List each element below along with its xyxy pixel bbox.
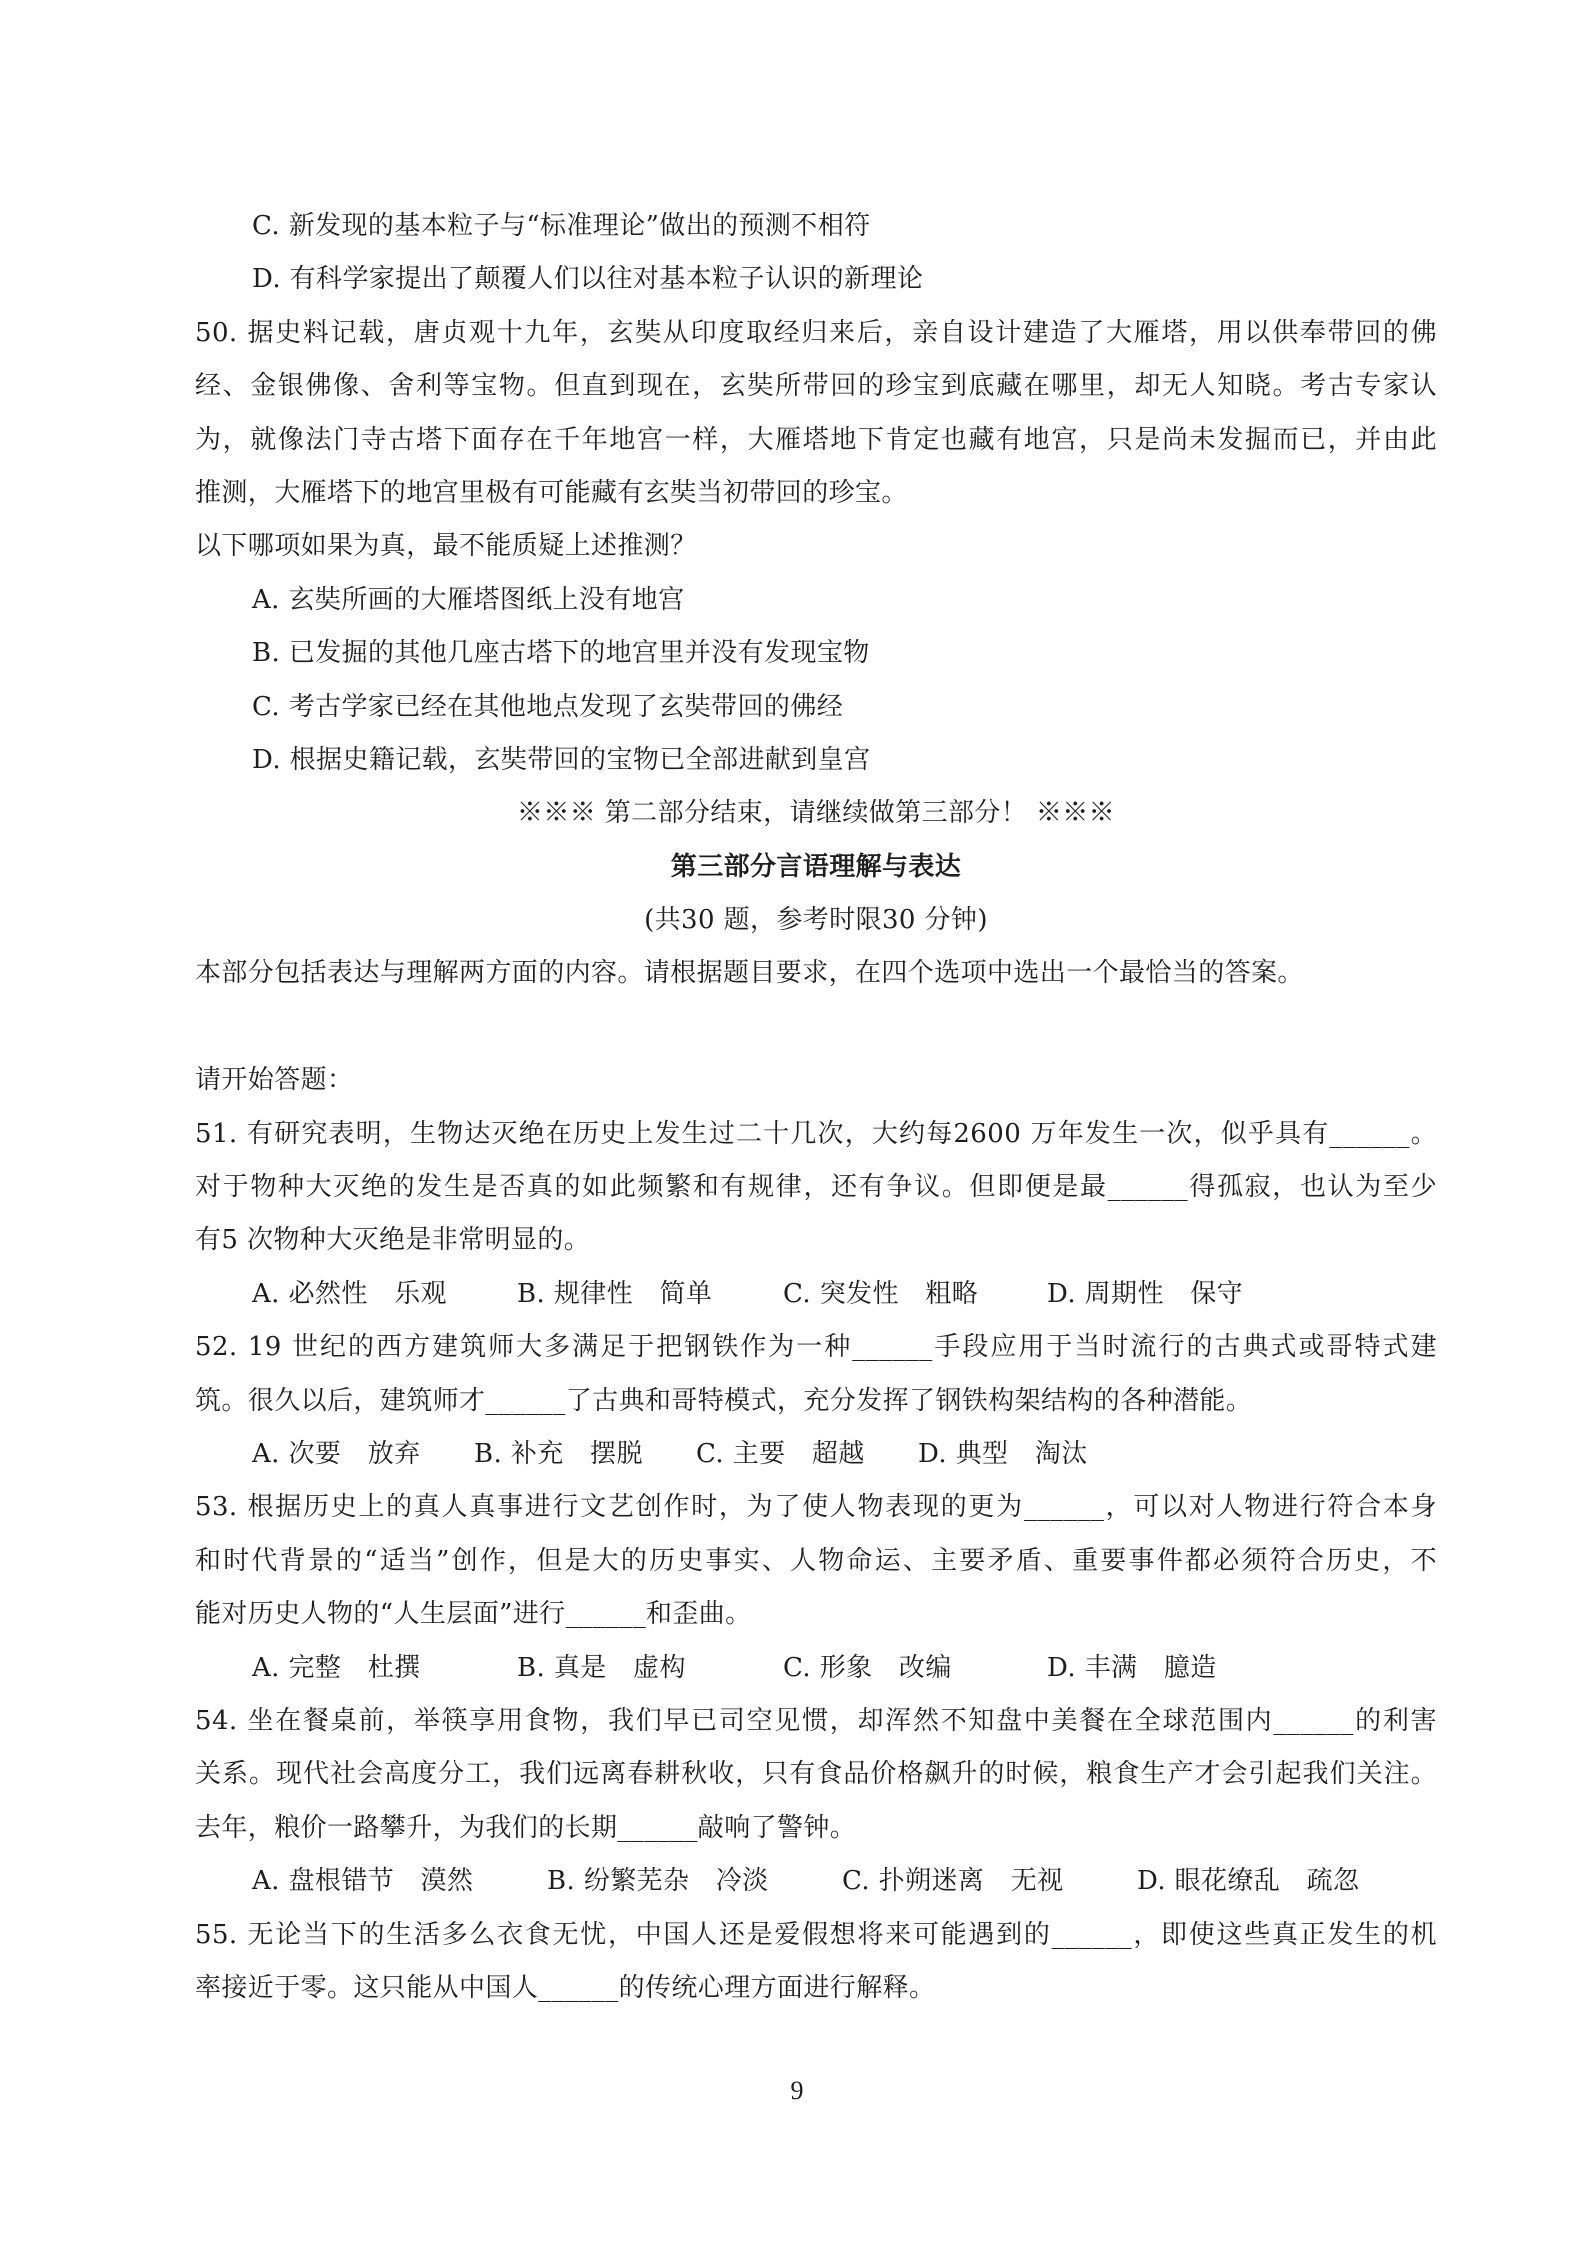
option-letter: B.: [252, 638, 280, 668]
option-letter: C.: [252, 211, 280, 241]
q54-options: A. 盘根错节 漠然B. 纷繁芜杂 冷淡C. 扑朔迷离 无视D. 眼花缭乱 疏忽: [195, 1855, 1437, 1908]
option-a: A. 必然性 乐观: [252, 1268, 517, 1321]
question-stem-line: 55. 无论当下的生活多么衣食无忧，中国人还是爱假想将来可能遇到的______，…: [195, 1909, 1437, 1962]
section-title: 第三部分言语理解与表达: [195, 841, 1437, 894]
question-55: 55. 无论当下的生活多么衣食无忧，中国人还是爱假想将来可能遇到的______，…: [195, 1909, 1437, 2016]
exam-page: C. 新发现的基本粒子与“标准理论”做出的预测不相符 D. 有科学家提出了颠覆人…: [195, 200, 1437, 2015]
question-stem-line: 对于物种大灭绝的发生是否真的如此频繁和有规律，还有争议。但即便是最______得…: [195, 1161, 1437, 1214]
q49-option-c: C. 新发现的基本粒子与“标准理论”做出的预测不相符: [195, 200, 1437, 253]
question-stem-line: 有5 次物种大灭绝是非常明显的。: [195, 1214, 1437, 1267]
option-text: 新发现的基本粒子与“标准理论”做出的预测不相符: [289, 211, 871, 241]
option-c: C. 形象 改编: [783, 1642, 1047, 1695]
question-stem-line: 能对历史人物的“人生层面”进行______和歪曲。: [195, 1588, 1437, 1641]
question-54: 54. 坐在餐桌前，举筷享用食物，我们早已司空见惯，却浑然不知盘中美餐在全球范围…: [195, 1695, 1437, 1909]
option-letter: A.: [252, 585, 280, 615]
spacer: [195, 1001, 1437, 1054]
q50-option-c: C. 考古学家已经在其他地点发现了玄奘带回的佛经: [195, 681, 1437, 734]
q49-options: C. 新发现的基本粒子与“标准理论”做出的预测不相符 D. 有科学家提出了颠覆人…: [195, 200, 1437, 307]
option-text: 根据史籍记载，玄奘带回的宝物已全部进献到皇宫: [290, 745, 871, 775]
option-c: C. 突发性 粗略: [783, 1268, 1047, 1321]
q50-option-d: D. 根据史籍记载，玄奘带回的宝物已全部进献到皇宫: [195, 734, 1437, 787]
question-prompt: 以下哪项如果为真，最不能质疑上述推测？: [195, 520, 1437, 573]
option-text: 已发掘的其他几座古塔下的地宫里并没有发现宝物: [289, 638, 870, 668]
question-stem-line: 50. 据史料记载，唐贞观十九年，玄奘从印度取经归来后，亲自设计建造了大雁塔，用…: [195, 307, 1437, 360]
option-d: D. 周期性 保守: [1047, 1268, 1243, 1321]
option-d: D. 丰满 臆造: [1047, 1642, 1217, 1695]
option-b: B. 纷繁芜杂 冷淡: [547, 1855, 842, 1908]
option-text: 有科学家提出了颠覆人们以往对基本粒子认识的新理论: [290, 264, 924, 294]
option-a: A. 盘根错节 漠然: [252, 1855, 547, 1908]
option-d: D. 典型 淘汰: [918, 1428, 1088, 1481]
option-letter: D.: [252, 745, 281, 775]
question-stem-line: 52. 19 世纪的西方建筑师大多满足于把钢铁作为一种______手段应用于当时…: [195, 1321, 1437, 1374]
question-stem-line: 推测，大雁塔下的地宫里极有可能藏有玄奘当初带回的珍宝。: [195, 467, 1437, 520]
question-stem-line: 为，就像法门寺古塔下面存在千年地宫一样，大雁塔地下肯定也藏有地宫，只是尚未发掘而…: [195, 414, 1437, 467]
q51-options: A. 必然性 乐观B. 规律性 简单C. 突发性 粗略D. 周期性 保守: [195, 1268, 1437, 1321]
question-51: 51. 有研究表明，生物达灭绝在历史上发生过二十几次，大约每2600 万年发生一…: [195, 1108, 1437, 1322]
question-stem-line: 51. 有研究表明，生物达灭绝在历史上发生过二十几次，大约每2600 万年发生一…: [195, 1108, 1437, 1161]
section-subtitle: (共30 题，参考时限30 分钟): [195, 894, 1437, 947]
question-stem-line: 和时代背景的“适当”创作，但是大的历史事实、人物命运、主要矛盾、重要事件都必须符…: [195, 1535, 1437, 1588]
option-d: D. 眼花缭乱 疏忽: [1137, 1855, 1359, 1908]
option-text: 玄奘所画的大雁塔图纸上没有地宫: [289, 585, 685, 615]
section-header: ※※※ 第二部分结束，请继续做第三部分！ ※※※ 第三部分言语理解与表达 (共3…: [195, 787, 1437, 1107]
q50-option-b: B. 已发掘的其他几座古塔下的地宫里并没有发现宝物: [195, 627, 1437, 680]
start-prompt: 请开始答题：: [195, 1054, 1437, 1107]
option-b: B. 规律性 简单: [517, 1268, 783, 1321]
option-letter: D.: [252, 264, 281, 294]
option-letter: C.: [252, 692, 280, 722]
q53-options: A. 完整 杜撰B. 真是 虚构C. 形象 改编D. 丰满 臆造: [195, 1642, 1437, 1695]
section-end-notice: ※※※ 第二部分结束，请继续做第三部分！ ※※※: [195, 787, 1437, 840]
question-stem-line: 去年，粮价一路攀升，为我们的长期______敲响了警钟。: [195, 1802, 1437, 1855]
question-stem-line: 54. 坐在餐桌前，举筷享用食物，我们早已司空见惯，却浑然不知盘中美餐在全球范围…: [195, 1695, 1437, 1748]
option-a: A. 次要 放弃: [252, 1428, 474, 1481]
question-52: 52. 19 世纪的西方建筑师大多满足于把钢铁作为一种______手段应用于当时…: [195, 1321, 1437, 1481]
option-b: B. 真是 虚构: [517, 1642, 783, 1695]
question-stem-line: 率接近于零。这只能从中国人______的传统心理方面进行解释。: [195, 1962, 1437, 2015]
option-c: C. 主要 超越: [696, 1428, 918, 1481]
q49-option-d: D. 有科学家提出了颠覆人们以往对基本粒子认识的新理论: [195, 253, 1437, 306]
option-text: 考古学家已经在其他地点发现了玄奘带回的佛经: [289, 692, 843, 722]
page-number: 9: [0, 2076, 1594, 2106]
question-stem-line: 53. 根据历史上的真人真事进行文艺创作时，为了使人物表现的更为______，可…: [195, 1481, 1437, 1534]
question-53: 53. 根据历史上的真人真事进行文艺创作时，为了使人物表现的更为______，可…: [195, 1481, 1437, 1695]
question-stem-line: 筑。很久以后，建筑师才______了古典和哥特模式，充分发挥了钢铁构架结构的各种…: [195, 1375, 1437, 1428]
q52-options: A. 次要 放弃B. 补充 摆脱C. 主要 超越D. 典型 淘汰: [195, 1428, 1437, 1481]
option-b: B. 补充 摆脱: [474, 1428, 696, 1481]
q50-option-a: A. 玄奘所画的大雁塔图纸上没有地宫: [195, 574, 1437, 627]
section-instructions: 本部分包括表达与理解两方面的内容。请根据题目要求，在四个选项中选出一个最恰当的答…: [195, 947, 1437, 1000]
question-stem-line: 关系。现代社会高度分工，我们远离春耕秋收，只有食品价格飙升的时候，粮食生产才会引…: [195, 1748, 1437, 1801]
option-a: A. 完整 杜撰: [252, 1642, 517, 1695]
option-c: C. 扑朔迷离 无视: [842, 1855, 1137, 1908]
question-50: 50. 据史料记载，唐贞观十九年，玄奘从印度取经归来后，亲自设计建造了大雁塔，用…: [195, 307, 1437, 788]
question-stem-line: 经、金银佛像、舍利等宝物。但直到现在，玄奘所带回的珍宝到底藏在哪里，却无人知晓。…: [195, 360, 1437, 413]
